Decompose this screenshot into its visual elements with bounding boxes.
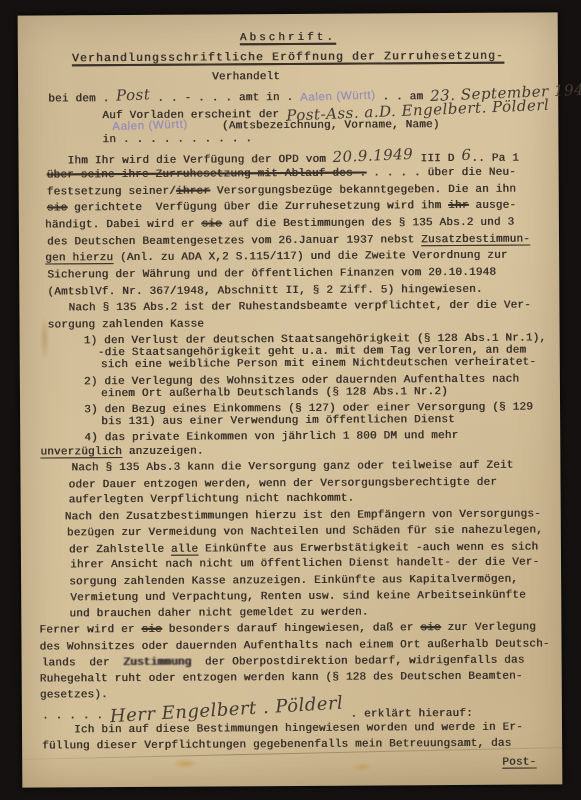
typed-text: auf die Bestimmungen des § 135 Abs.2 und… [222, 217, 515, 231]
struck-text: sie [47, 202, 67, 214]
typed-text: des Deutschen Beamtengesetzes vom 26.Jan… [47, 234, 421, 248]
typed-text: besonders darauf hingewiesen, daß er [162, 622, 421, 636]
underlined-text: gen hierzu [45, 252, 113, 264]
typed-text: Nach § 135 Abs.2 ist der Ruhestandsbeamt… [68, 300, 531, 315]
typed-text: Sicherung der Währung und der öffentlich… [47, 267, 496, 282]
doc-subtitle: Verhandlungsschriftliche Eröffnung der Z… [72, 50, 504, 66]
handwritten-text: 6 [461, 149, 472, 162]
document-line: Auf Vorladen erscheint der Post-Ass. a.D… [102, 104, 558, 120]
typed-text: Ruhegehalt ruht oder entzogen werden kan… [40, 671, 523, 686]
stamp-text: Aalen (Württ) [112, 119, 188, 134]
typed-text: (AmtsblVf. Nr. 367/1948, Abschnitt II, §… [47, 284, 482, 299]
typed-text: III D [414, 153, 462, 165]
typed-text: 4) das private Einkommen von jährlich 1 … [84, 430, 458, 444]
typed-text: anzuzeigen. [122, 446, 204, 458]
typed-text: .. Pa 1 [471, 153, 519, 165]
typed-text: gesetzes). [40, 689, 108, 701]
struck-text: sie [201, 218, 221, 230]
typed-text: auferlegten Verpflichtung nicht nachkomm… [69, 493, 355, 507]
typed-text: und brauchen daher nicht gemeldet zu wer… [69, 607, 368, 621]
typed-text: Versorgungsbezüge bekanntgegeben. Die an… [210, 184, 516, 198]
underlined-text: Zusatzbestimmun- [421, 234, 530, 247]
typed-text: . . . . über die Neu- [366, 167, 516, 180]
typed-text: sich eine weibliche Person mit einem Nic… [101, 356, 536, 371]
typed-text: einem Ort außerhalb Deutschlands (§ 128 … [101, 386, 448, 400]
struck-text: sie [141, 624, 161, 636]
typed-text: bezügen zur Vermeidung von Nachteilen un… [67, 524, 543, 539]
typed-text: . . . . . [42, 710, 110, 722]
typed-text: gerichtete Verfügung über die Zurruheset… [67, 200, 448, 214]
typed-text: Einkünfte aus Erwerbstätigkeit -auch wen… [198, 541, 538, 555]
typed-text: händigt. Dabei wird er [45, 219, 202, 232]
typed-text: Vermietung und Verpachtung, Renten usw. … [70, 590, 526, 605]
typed-text: bei dem . [48, 93, 116, 105]
typed-text: ausge- [468, 200, 516, 212]
typed-text: oder Dauer entzogen werden, wenn der Ver… [68, 477, 497, 492]
typed-text: Ihm Ihr wird die Verfügung der OPD vom [68, 154, 333, 168]
underlined-text: alle [171, 544, 198, 556]
handwritten-text: Post [116, 88, 151, 102]
underlined-text: Post- [502, 757, 536, 769]
typed-text: Verhandelt [212, 71, 280, 83]
struck-text: ihrer [176, 185, 210, 197]
typed-text: bis 131) aus einer Verwendung im öffentl… [101, 414, 455, 428]
doc-title: Abschrift. [240, 32, 336, 45]
document-line: Post- [22, 756, 562, 773]
underlined-text: unverzüglich [40, 446, 122, 458]
document-lines: Abschrift.Verhandlungsschriftliche Eröff… [18, 30, 563, 773]
typed-text: der Oberpostdirektion bedarf, widrigenfa… [191, 655, 524, 669]
typed-text: Nach § 135 Abs.3 kann die Versorgung gan… [71, 460, 513, 475]
typed-text: zur Verlegung [441, 622, 536, 635]
typed-text: (Anl. zu ADA X,2 S.115/117) und die Zwei… [113, 250, 508, 264]
typed-text: sorgung zahlenden Kasse [48, 319, 205, 332]
typed-text: sorgung zahlenden Kasse anzuzeigen. Eink… [69, 574, 518, 589]
typed-text: festsetzung seiner/ [47, 186, 176, 199]
struck-text: ihr [448, 200, 468, 212]
typed-text: des Wohnsitzes oder dauernden Aufenthalt… [39, 638, 549, 653]
typed-text: Nach den Zusatzbestimmungen hierzu ist d… [65, 508, 541, 523]
typed-text: der Zahlstelle [69, 544, 171, 557]
scan-background: Abschrift.Verhandlungsschriftliche Eröff… [0, 0, 581, 800]
handwritten-text: 20.9.1949 [332, 148, 413, 164]
struck-text: über seine ihre Zurruhesetzung mit Ablau… [47, 168, 367, 182]
typed-text: in . . . . . . . . . . [102, 133, 252, 146]
typed-text: ihrer Ansicht nach nicht um öffentlichen… [70, 556, 539, 571]
struck-text: sie [420, 622, 440, 634]
typed-text: . . - . . . amt in . [150, 92, 300, 105]
document-page: Abschrift.Verhandlungsschriftliche Eröff… [18, 12, 563, 787]
typed-text: Ferner wird er [39, 624, 141, 637]
typed-text: lands der [42, 657, 124, 669]
typed-text: . erklärt hierauf: [344, 708, 473, 721]
smudged-text: Zustimmung [123, 657, 191, 669]
